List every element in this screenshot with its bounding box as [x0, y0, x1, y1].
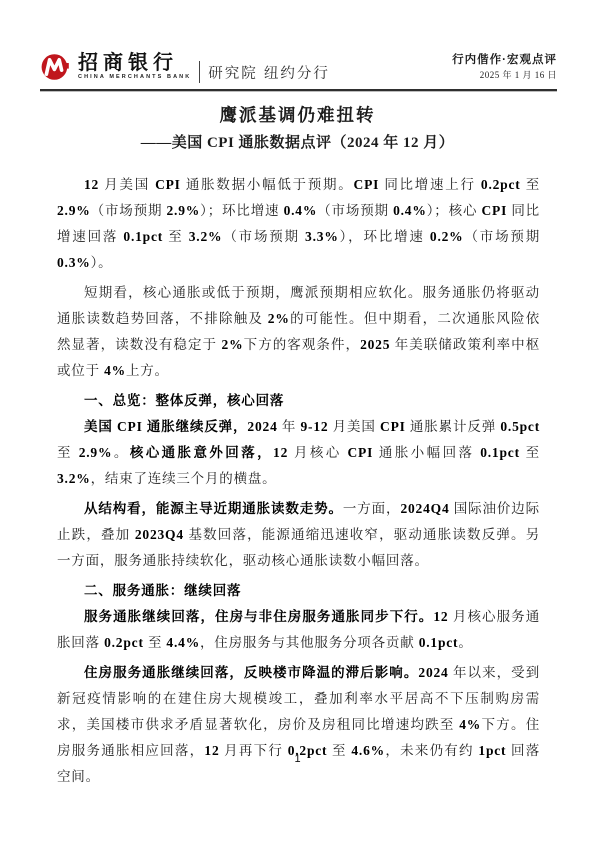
report-date: 2025 年 1 月 16 日	[452, 69, 557, 81]
report-subtitle: ——美国 CPI 通胀数据点评（2024 年 12 月）	[0, 131, 595, 152]
document-body: 12 月美国 CPI 通胀数据小幅低于预期。CPI 同比增速上行 0.2pct …	[57, 172, 540, 794]
brand-name-en: CHINA MERCHANTS BANK	[78, 75, 191, 81]
page-header: 招商银行 CHINA MERCHANTS BANK 研究院 纽约分行 行内偕作·…	[40, 46, 557, 88]
brand-block: 招商银行 CHINA MERCHANTS BANK 研究院 纽约分行	[40, 51, 330, 83]
report-title: 鹰派基调仍难扭转	[0, 102, 595, 127]
cmb-logo-icon	[40, 51, 72, 83]
report-page: 招商银行 CHINA MERCHANTS BANK 研究院 纽约分行 行内偕作·…	[0, 0, 595, 842]
section-heading: 一、总览：整体反弹，核心回落	[57, 388, 540, 414]
paragraph: 12 月美国 CPI 通胀数据小幅低于预期。CPI 同比增速上行 0.2pct …	[57, 172, 540, 276]
paragraph: 美国 CPI 通胀继续反弹，2024 年 9-12 月美国 CPI 通胀累计反弹…	[57, 414, 540, 492]
report-series-label: 行内偕作·宏观点评	[452, 53, 557, 69]
page-number: 1	[0, 753, 595, 765]
header-meta: 行内偕作·宏观点评 2025 年 1 月 16 日	[452, 53, 557, 81]
header-divider	[40, 89, 557, 91]
paragraph: 服务通胀继续回落，住房与非住房服务通胀同步下行。12 月核心服务通胀回落 0.2…	[57, 604, 540, 656]
paragraph: 从结构看，能源主导近期通胀读数走势。一方面，2024Q4 国际油价边际止跌，叠加…	[57, 496, 540, 574]
paragraph: 短期看，核心通胀或低于预期，鹰派预期相应软化。服务通胀仍将驱动通胀读数趋势回落，…	[57, 280, 540, 384]
brand-name-cn: 招商银行	[78, 53, 191, 73]
paragraph: 住房服务通胀继续回落，反映楼市降温的滞后影响。2024 年以来，受到新冠疫情影响…	[57, 660, 540, 790]
section-heading: 二、服务通胀：继续回落	[57, 578, 540, 604]
brand-text: 招商银行 CHINA MERCHANTS BANK	[78, 53, 191, 81]
department-label: 研究院 纽约分行	[199, 61, 330, 83]
